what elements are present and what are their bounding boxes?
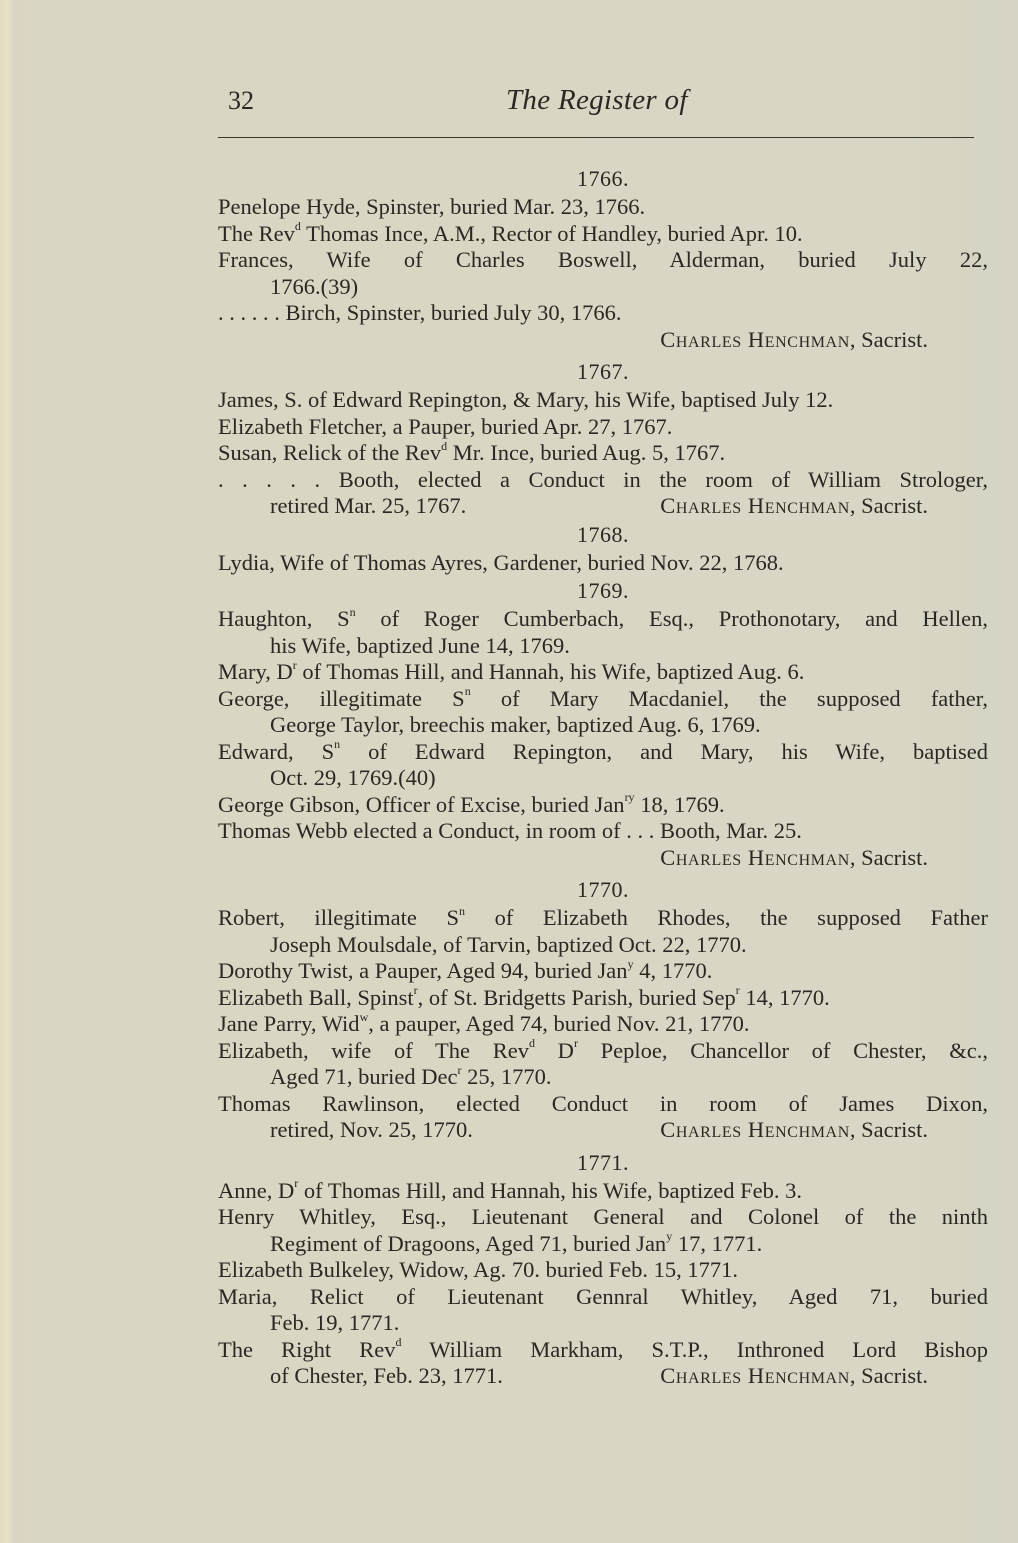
page-number: 32: [228, 86, 254, 116]
register-entry: Thomas Webb elected a Conduct, in room o…: [218, 818, 988, 845]
register-entry: George, illegitimate Sn of Mary Macdanie…: [218, 686, 988, 739]
register-entry: Dorothy Twist, a Pauper, Aged 94, buried…: [218, 958, 988, 985]
register-entry: George Gibson, Officer of Excise, buried…: [218, 792, 988, 819]
register-entry: Robert, illegitimate Sn of Elizabeth Rho…: [218, 905, 988, 958]
signature-name: Charles Henchman: [660, 1363, 850, 1388]
register-entry: Thomas Rawlinson, elected Conduct in roo…: [218, 1091, 988, 1144]
register-entry: The Revd Thomas Ince, A.M., Rector of Ha…: [218, 221, 988, 248]
year-section-1769: 1769. Haughton, Sn of Roger Cumberbach, …: [218, 576, 988, 871]
register-entry: Lydia, Wife of Thomas Ayres, Gardener, b…: [218, 550, 988, 577]
signature-name: Charles Henchman: [660, 1117, 850, 1142]
year-heading: 1769.: [218, 576, 988, 606]
year-section-1770: 1770. Robert, illegitimate Sn of Elizabe…: [218, 875, 988, 1144]
register-entry: . . . . . Booth, elected a Conduct in th…: [218, 467, 988, 520]
year-heading: 1768.: [218, 520, 988, 550]
signature: Charles Henchman, Sacrist.: [218, 327, 988, 354]
register-entry: Elizabeth, wife of The Revd Dr Peploe, C…: [218, 1038, 988, 1091]
signature-name: Charles Henchman: [660, 327, 850, 352]
signature: Charles Henchman, Sacrist.: [660, 1117, 928, 1144]
register-entry: Anne, Dr of Thomas Hill, and Hannah, his…: [218, 1178, 988, 1205]
header-rule: [218, 137, 974, 138]
register-entry: Elizabeth Bulkeley, Widow, Ag. 70. burie…: [218, 1257, 988, 1284]
register-entry: Henry Whitley, Esq., Lieutenant General …: [218, 1204, 988, 1257]
register-entry: Edward, Sn of Edward Repington, and Mary…: [218, 739, 988, 792]
running-title: The Register of: [506, 84, 688, 117]
register-entry: The Right Revd William Markham, S.T.P., …: [218, 1337, 988, 1390]
year-heading: 1766.: [218, 164, 988, 194]
register-entry: Elizabeth Ball, Spinstr, of St. Bridgett…: [218, 985, 988, 1012]
signature: Charles Henchman, Sacrist.: [218, 845, 988, 872]
register-entry: Penelope Hyde, Spinster, buried Mar. 23,…: [218, 194, 988, 221]
register-body: 1766. Penelope Hyde, Spinster, buried Ma…: [218, 164, 988, 1390]
register-entry: James, S. of Edward Repington, & Mary, h…: [218, 387, 988, 414]
year-heading: 1767.: [218, 357, 988, 387]
signature-name: Charles Henchman: [660, 493, 850, 518]
running-head: 32 The Register of: [218, 86, 974, 126]
register-entry: Haughton, Sn of Roger Cumberbach, Esq., …: [218, 606, 988, 659]
register-entry: Susan, Relick of the Revd Mr. Ince, buri…: [218, 440, 988, 467]
register-entry: Mary, Dr of Thomas Hill, and Hannah, his…: [218, 659, 988, 686]
register-entry: Maria, Relict of Lieutenant Gennral Whit…: [218, 1284, 988, 1337]
year-section-1767: 1767. James, S. of Edward Repington, & M…: [218, 357, 988, 520]
signature-name: Charles Henchman: [660, 845, 850, 870]
year-section-1771: 1771. Anne, Dr of Thomas Hill, and Hanna…: [218, 1148, 988, 1390]
year-section-1766: 1766. Penelope Hyde, Spinster, buried Ma…: [218, 164, 988, 353]
signature: Charles Henchman, Sacrist.: [660, 493, 928, 520]
register-entry: Elizabeth Fletcher, a Pauper, buried Apr…: [218, 414, 988, 441]
signature: Charles Henchman, Sacrist.: [660, 1363, 928, 1390]
register-entry: Jane Parry, Widw, a pauper, Aged 74, bur…: [218, 1011, 988, 1038]
book-page: 32 The Register of 1766. Penelope Hyde, …: [0, 0, 1018, 1543]
register-entry: . . . . . . Birch, Spinster, buried July…: [218, 300, 988, 327]
year-heading: 1770.: [218, 875, 988, 905]
year-section-1768: 1768. Lydia, Wife of Thomas Ayres, Garde…: [218, 520, 988, 577]
year-heading: 1771.: [218, 1148, 988, 1178]
register-entry: Frances, Wife of Charles Boswell, Alderm…: [218, 247, 988, 300]
